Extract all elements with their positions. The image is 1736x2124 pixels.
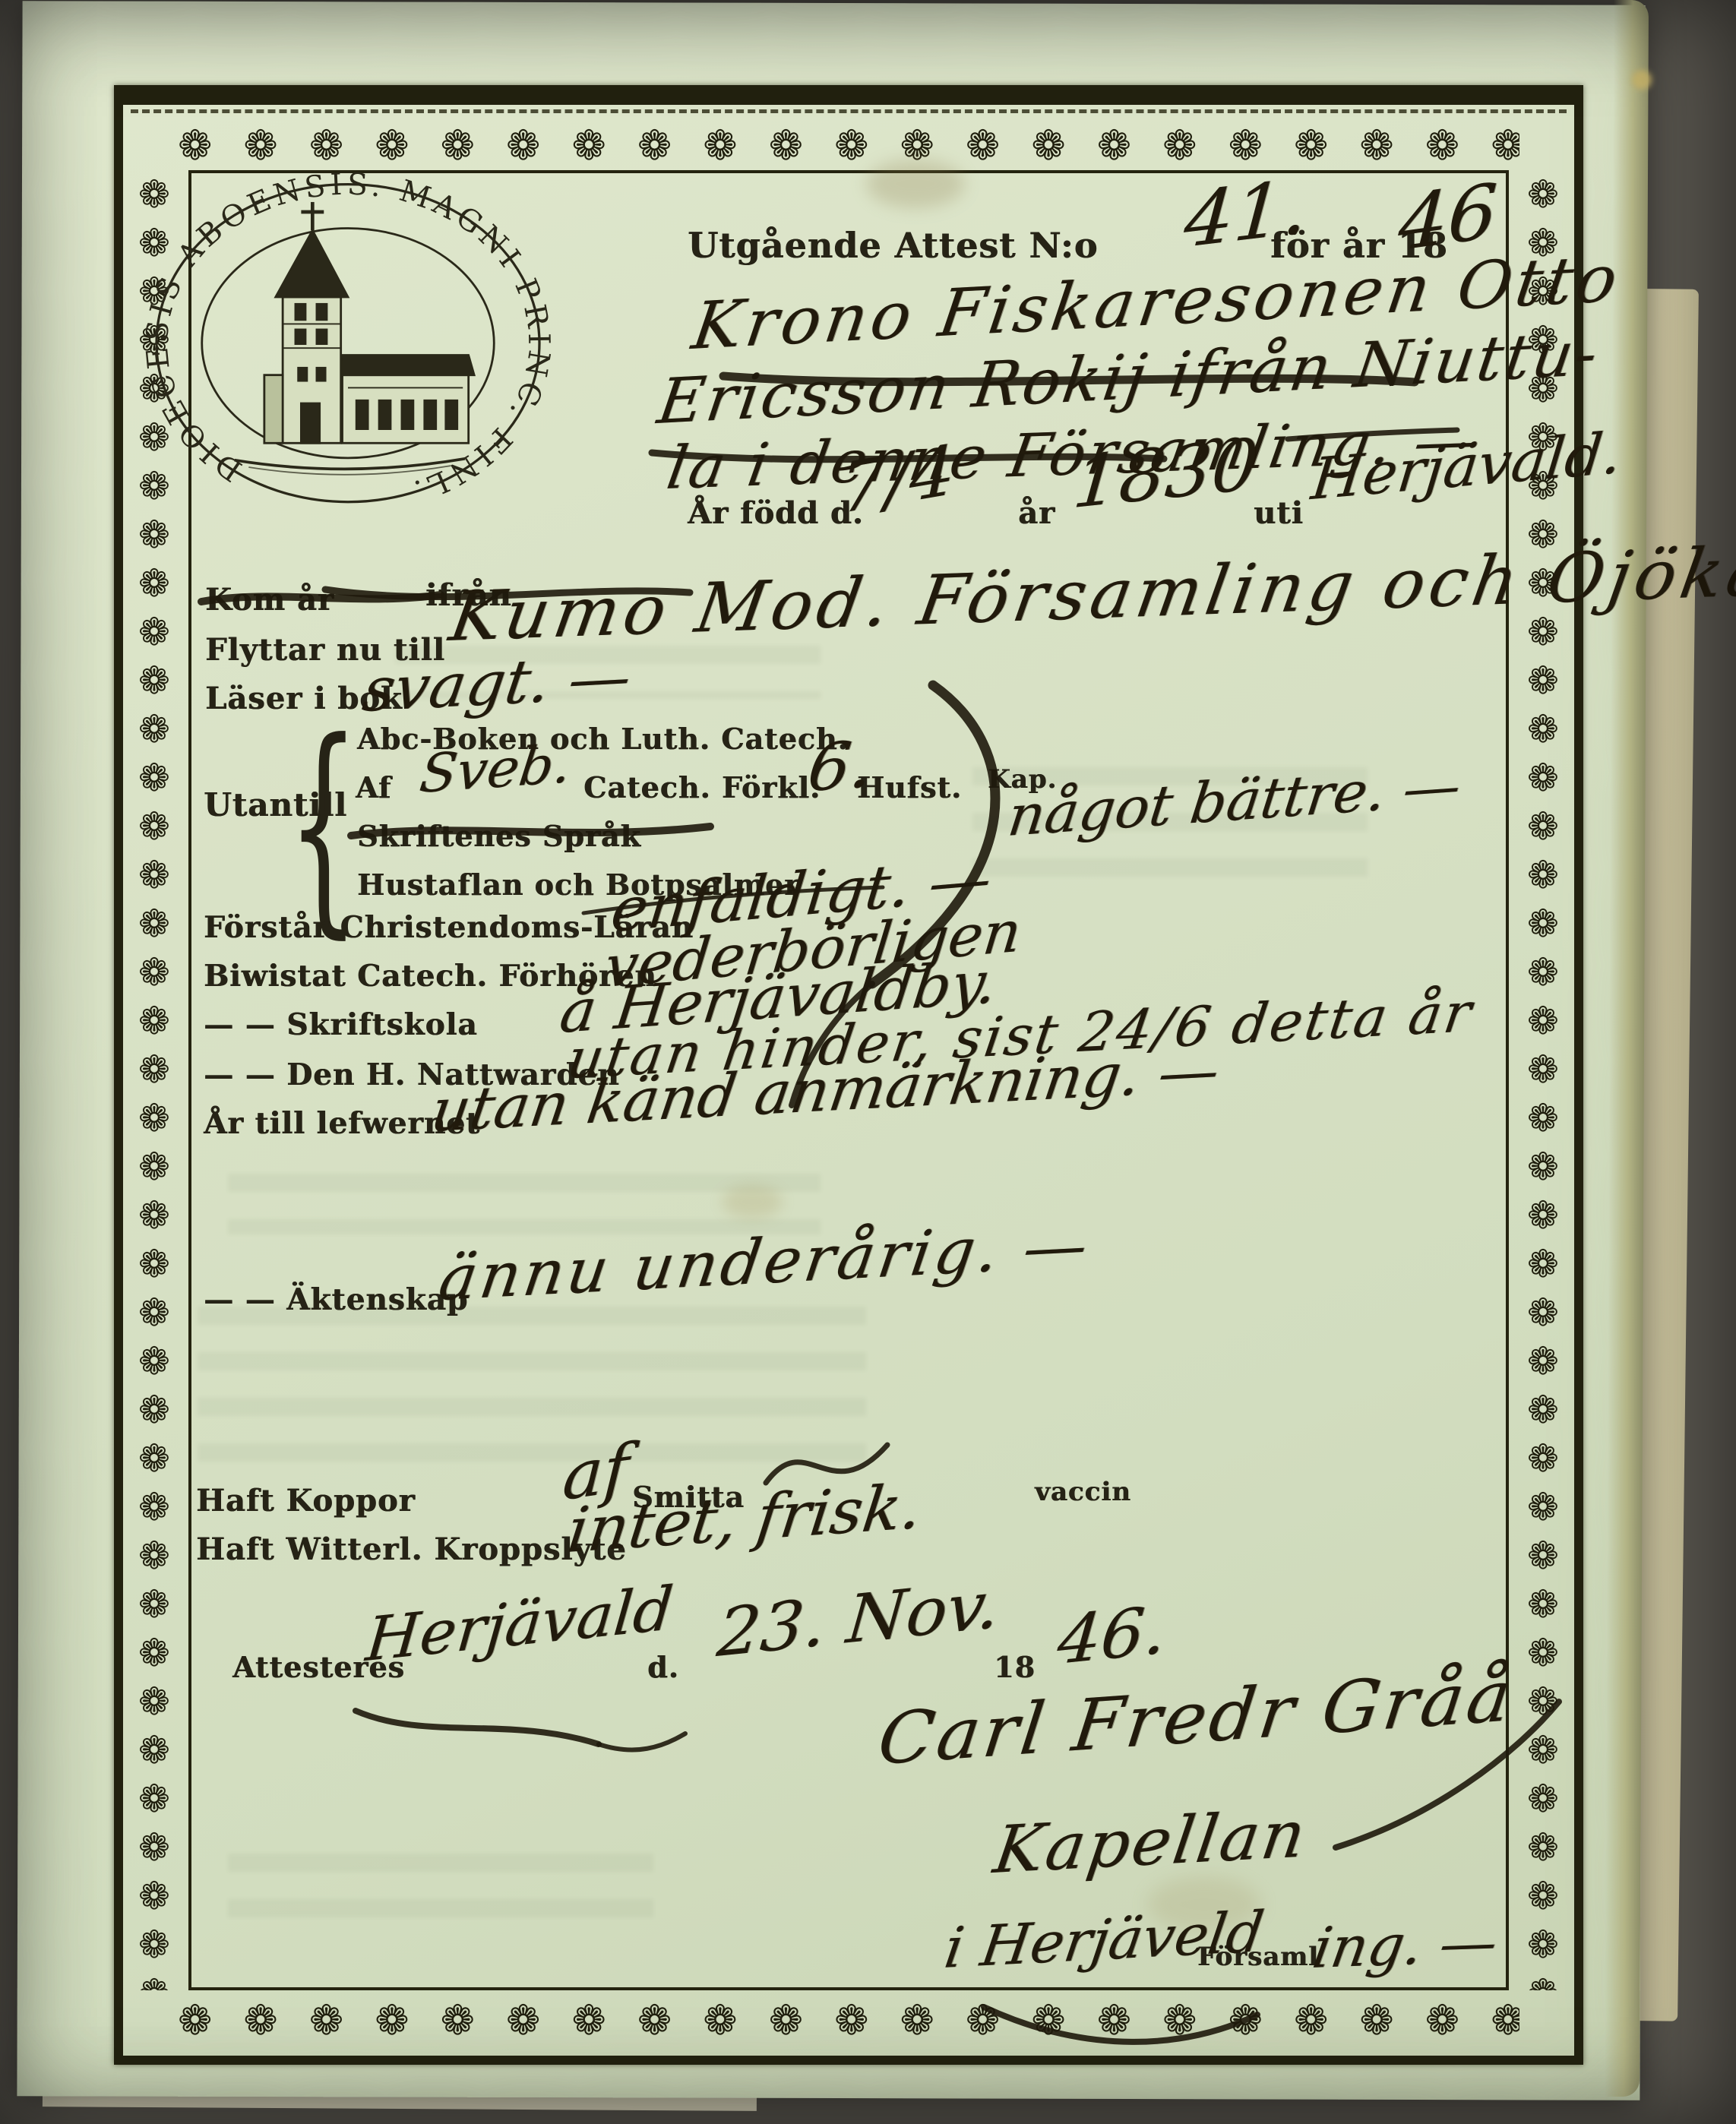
frame-dashed-line (131, 109, 1567, 113)
born-year-label: år (1018, 495, 1055, 531)
utantill-book-handwritten: Sveb. (416, 733, 574, 805)
attest-number-handwritten: 41. (1181, 162, 1311, 265)
diocese-seal: DIOECESIS ABOENSIS. MAGNI PRINC. FINL. (135, 161, 561, 518)
attest-year-prefix: 18 (994, 1650, 1036, 1684)
born-place-label: uti (1254, 495, 1304, 531)
utantill-chapter-count-handwritten: 6. (804, 727, 876, 807)
signature-parish-suffix: ing. — (1308, 1910, 1502, 1981)
kom-ar-label-struck: Kom år (205, 582, 334, 618)
paper-stain (1632, 70, 1652, 90)
haft-koppor-label: Haft Koppor (196, 1483, 416, 1519)
bleed-through-text (198, 1307, 866, 1489)
cathedral-church-icon (235, 202, 474, 475)
attest-d-label: d. (647, 1650, 679, 1684)
paper-stain (722, 1185, 783, 1218)
utantill-label: Utantill (204, 786, 347, 823)
vaccin-label: vaccin (1035, 1477, 1131, 1507)
utantill-row3-struck: Skriftenes Språk (357, 819, 641, 853)
utantill-row2-af: Af (356, 770, 391, 804)
laser-value-handwritten: svagt. — (359, 641, 635, 725)
utantill-row2-mid: Catech. Förkl. (583, 770, 821, 804)
utantill-row2-hufst: Hufst. (857, 770, 962, 804)
paper-stain (866, 160, 965, 208)
bleed-through-text (228, 1854, 653, 1922)
photograph-of-certificate: ❁ ❁ ❁ ❁ ❁ ❁ ❁ ❁ ❁ ❁ ❁ ❁ ❁ ❁ ❁ ❁ ❁ ❁ ❁ ❁ … (0, 0, 1736, 2124)
skriftskola-label: — — Skriftskola (204, 1007, 478, 1042)
attest-header-label: Utgående Attest N:o (688, 225, 1098, 266)
attest-year-handwritten2: 46. (1055, 1591, 1169, 1680)
kroppslyte-label: Haft Witterl. Kroppslyte (196, 1531, 627, 1567)
aktenskap-label: — — Äktenskap (204, 1282, 468, 1317)
frame-rosette-row-bottom: ❁ ❁ ❁ ❁ ❁ ❁ ❁ ❁ ❁ ❁ ❁ ❁ ❁ ❁ ❁ ❁ ❁ ❁ ❁ ❁ … (178, 1990, 1519, 2051)
